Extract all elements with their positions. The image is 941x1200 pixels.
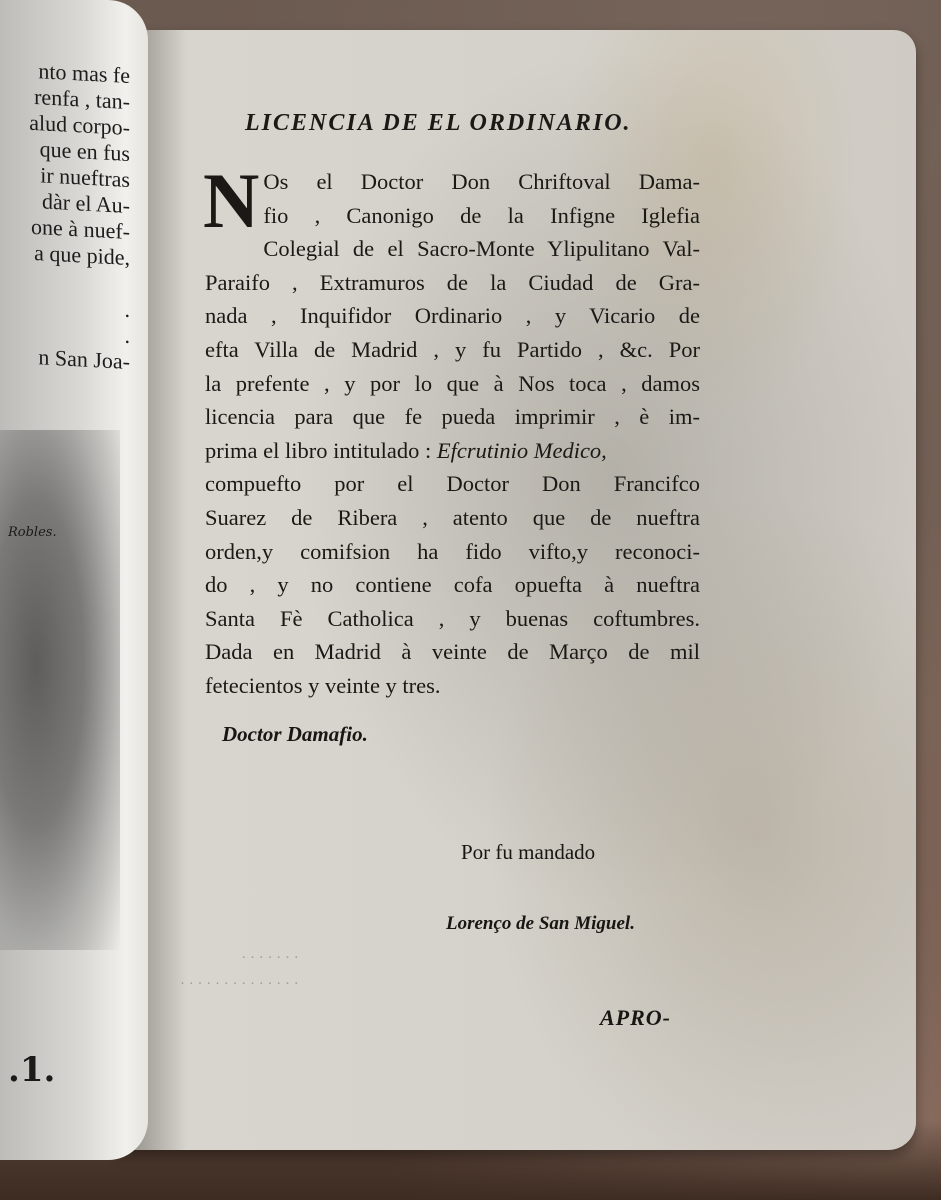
water-stain [0,430,120,950]
drop-cap: N [203,169,259,233]
body-line: fetecientos y veinte y tres. [205,669,700,703]
body-line: fio , Canonigo de la Infigne Iglefia [205,199,700,233]
body-line: Dada en Madrid à veinte de Março de mil [205,635,700,669]
body-line: prima el libro intitulado : [205,438,437,463]
signature-damasio: Doctor Damafio. [222,722,368,747]
body-line: Os el Doctor Don Chriftoval Dama- [205,165,700,199]
body-line: do , y no contiene cofa opuefta à nueftr… [205,568,700,602]
body-line: orden,y comifsion ha fido vifto,y recono… [205,535,700,569]
body-line: compuefto por el Doctor Don Francifco [205,467,700,501]
body-line: Suarez de Ribera , atento que de nueftra [205,501,700,535]
book-title: Efcrutinio Medico, [437,438,607,463]
show-through-text: · · · · · · · · · · · · · · · · · · · · … [180,945,299,997]
left-signature-fragment: Robles. [8,525,57,540]
body-line: Santa Fè Catholica , y buenas coftumbres… [205,602,700,636]
left-line: n San Joa- [0,342,130,375]
body-line: la prefente , y por lo que à Nos toca , … [205,367,700,401]
body-line: licencia para que fe pueda imprimir , è … [205,400,700,434]
page-heading: Licencia de el Ordinario. [245,110,700,137]
left-page-mark: .1. [8,1050,55,1090]
body-line: Paraifo , Extramuros de la Ciudad de Gra… [205,266,700,300]
by-order-text: Por fu mandado [461,840,595,865]
left-page-text: nto mas fe renfa , tan- alud corpo- que … [0,56,144,376]
body-line: Colegial de el Sacro-Monte Ylipulitano V… [205,232,700,266]
body-line: nada , Inquifidor Ordinario , y Vicario … [205,299,700,333]
left-page: nto mas fe renfa , tan- alud corpo- que … [0,0,148,1160]
secretary-signature: Lorenço de San Miguel. [446,913,635,935]
body-line: efta Villa de Madrid , y fu Partido , &c… [205,333,700,367]
catchword: APRO- [600,1005,671,1031]
license-body: N Os el Doctor Don Chriftoval Dama- fio … [205,165,700,703]
license-text-block: Licencia de el Ordinario. N Os el Doctor… [205,110,700,703]
body-line-with-title: prima el libro intitulado : Efcrutinio M… [205,434,700,468]
